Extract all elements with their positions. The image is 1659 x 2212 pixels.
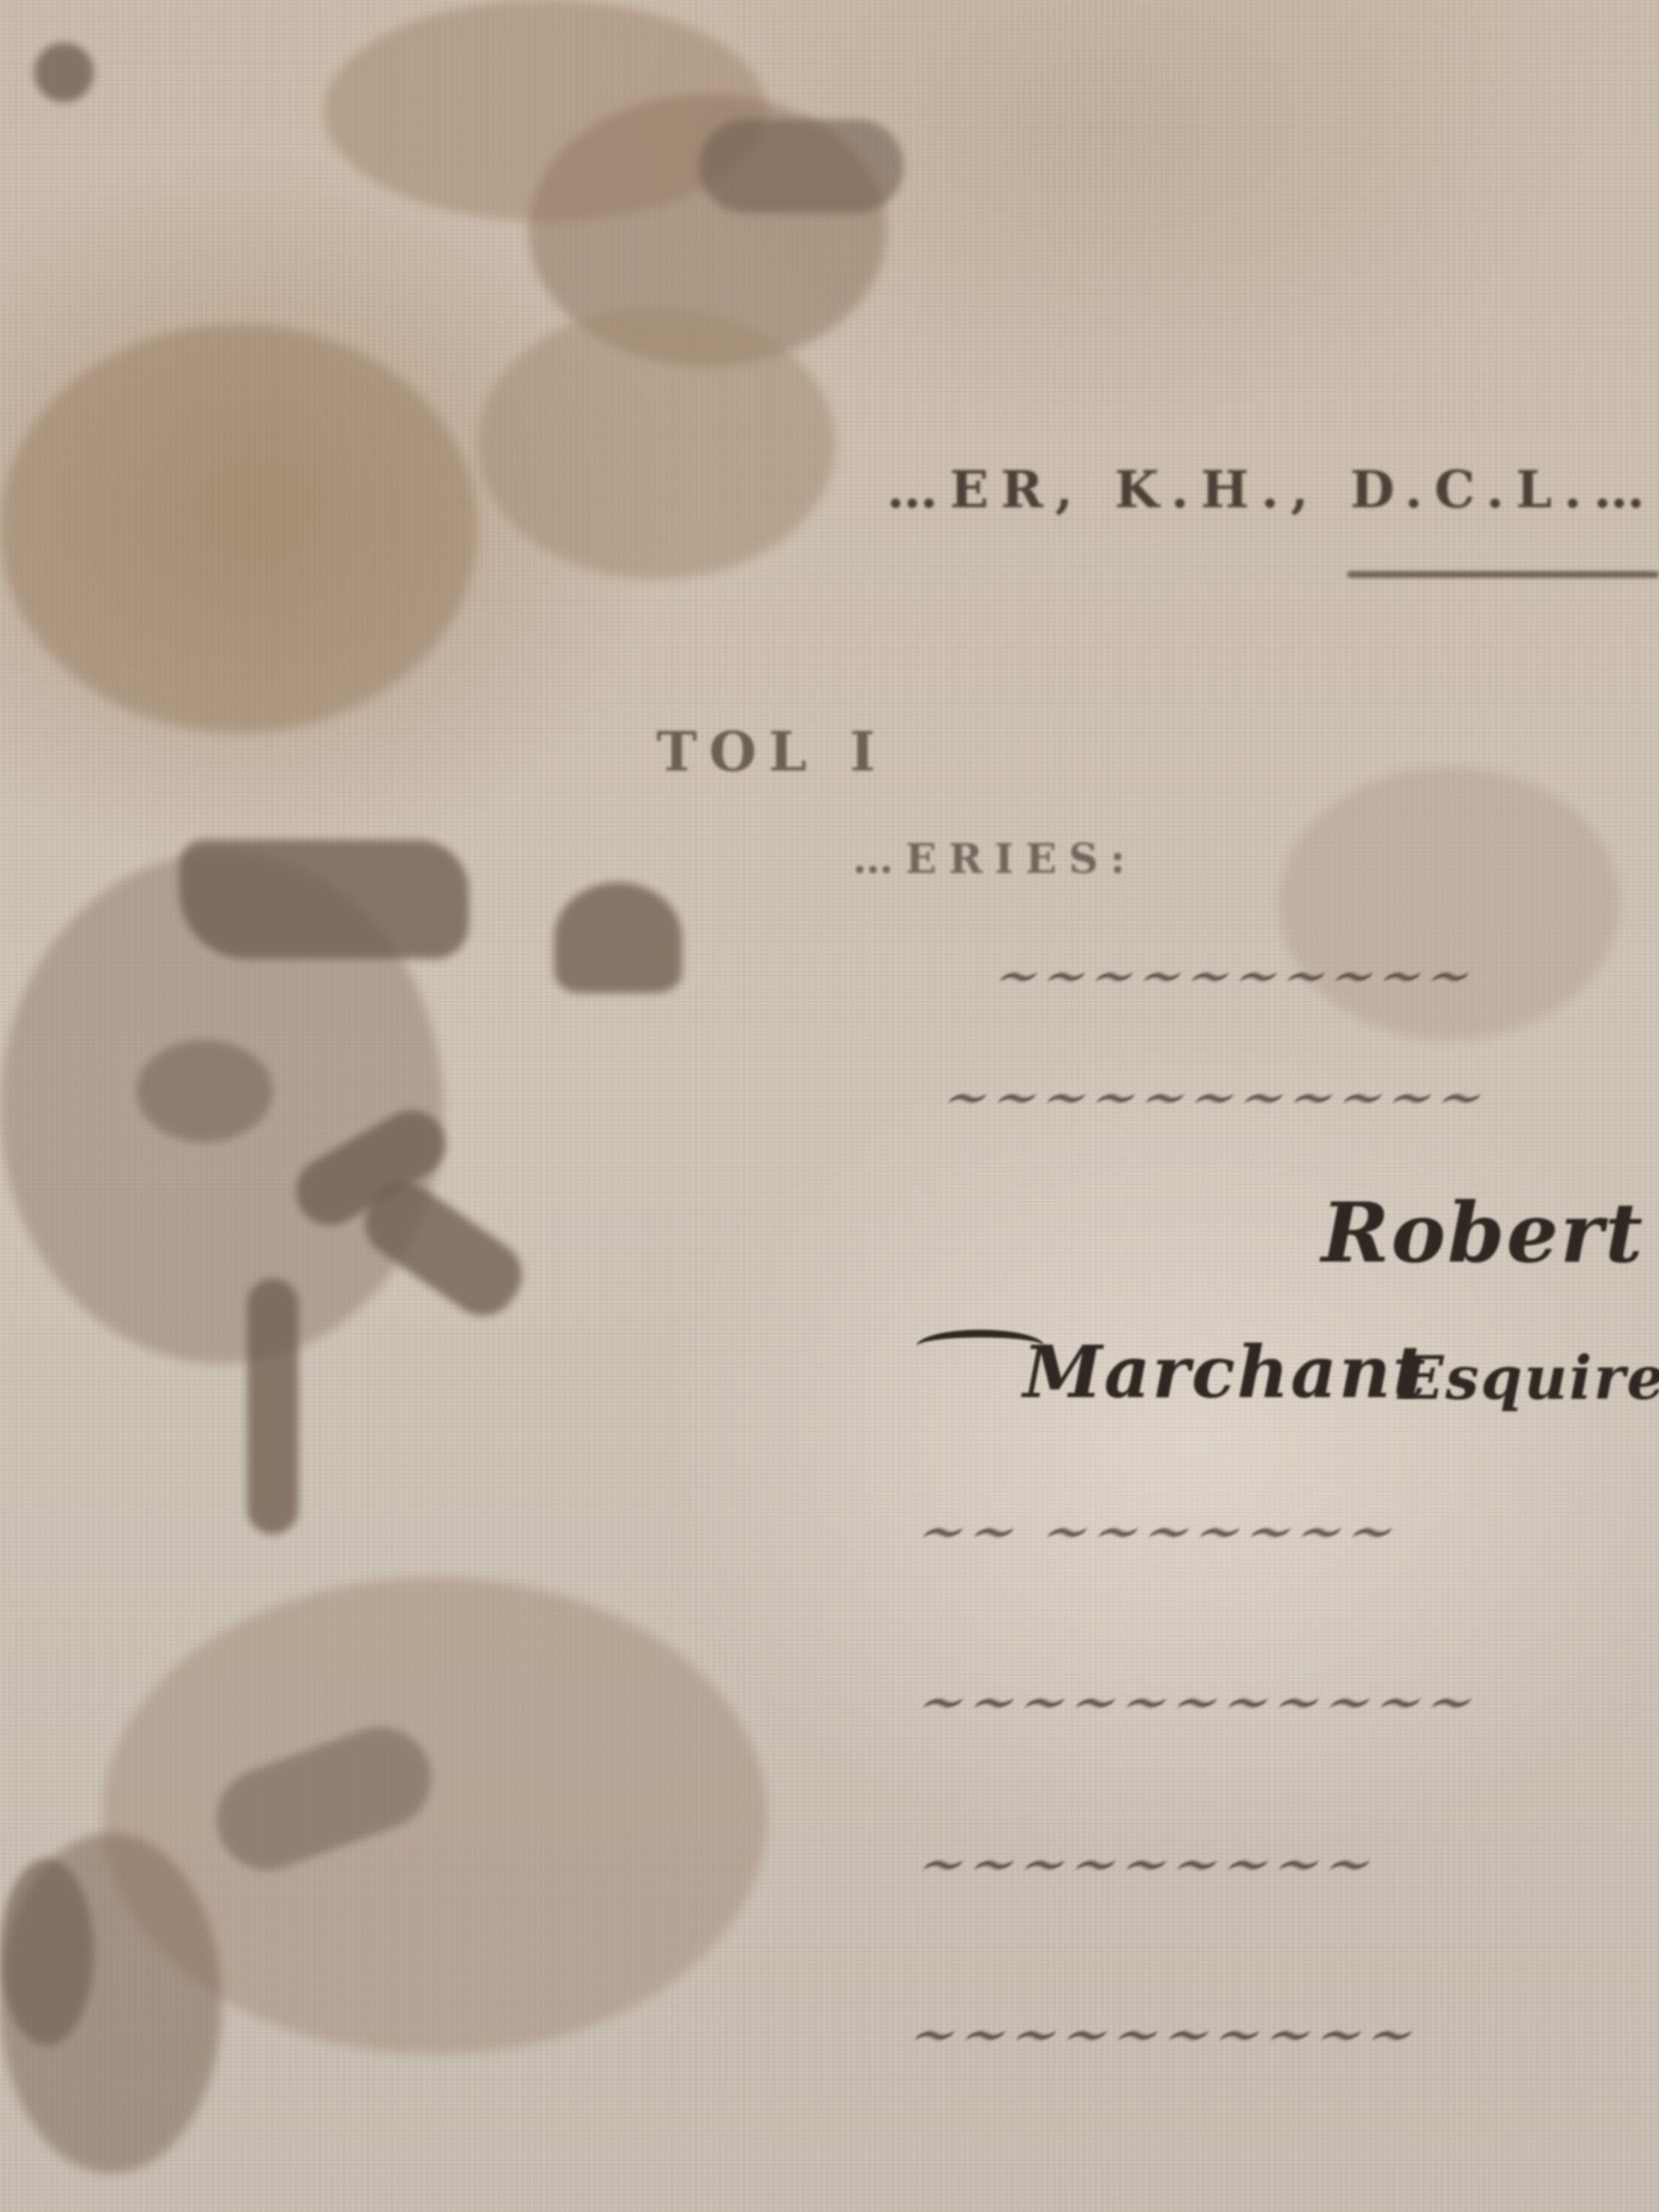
handwriting-line: ~~~~~~~~~: [904, 1833, 1395, 1896]
handwritten-surname: Marchant: [1023, 1330, 1427, 1414]
handwriting-line: ~~~~~~~~~~: [895, 2003, 1437, 2066]
printed-series-label: …ERIES:: [853, 835, 1137, 883]
handwritten-title: Esquire: [1398, 1343, 1659, 1413]
handwriting-line: ~~~~~~~~~~~: [930, 1066, 1506, 1128]
handwriting-line: ~~ ~~~~~~~: [904, 1500, 1417, 1563]
handwriting-line: ~~~~~~~~~~: [981, 946, 1493, 1006]
printed-rule: [1347, 571, 1659, 578]
handwritten-first-name: Robert: [1321, 1185, 1645, 1281]
printed-title-fragment: …ER, K.H., D.C.L.…: [887, 460, 1656, 520]
printed-fragment-tol: TOL I: [656, 720, 887, 784]
handwriting-line: ~~~~~~~~~~~: [904, 1671, 1496, 1734]
